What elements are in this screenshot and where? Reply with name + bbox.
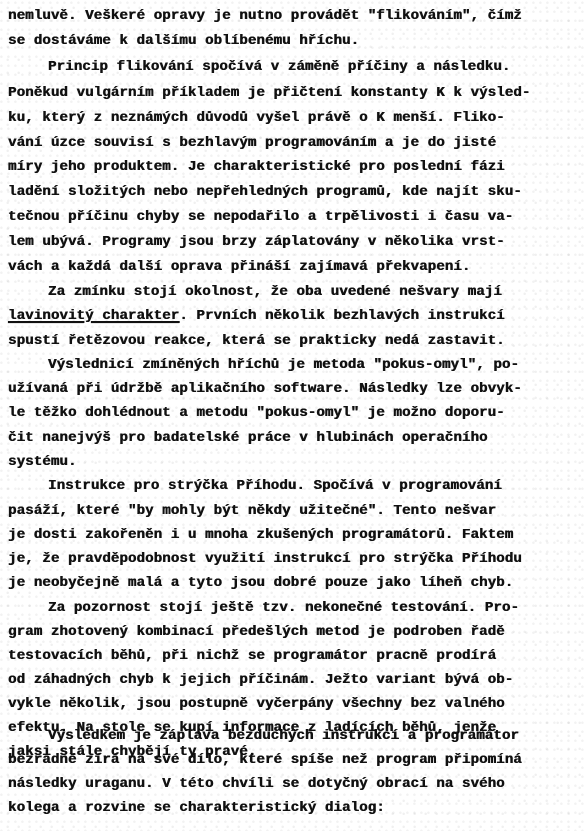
text-line: ku, který z neznámých důvodů vyšel právě… xyxy=(8,108,505,128)
text-line: Výsledkem je záplava bezduchých instrukc… xyxy=(48,726,519,746)
text-line: se dostáváme k dalšímu oblíbenému hříchu… xyxy=(8,31,359,51)
text-line: Instrukce pro strýčka Příhodu. Spočívá v… xyxy=(48,476,502,496)
underlined-phrase: lavinovitý charakter xyxy=(8,308,179,324)
text-line: lem ubývá. Programy jsou brzy záplatován… xyxy=(8,232,505,252)
text-line: je, že pravděpodobnost využití instrukcí… xyxy=(8,549,522,569)
text-line: Za pozornost stojí ještě tzv. nekonečné … xyxy=(48,598,519,618)
text-line: vách a každá další oprava přináší zajíma… xyxy=(8,257,470,277)
text-line: je dosti zakořeněn i u mnoha zkušených p… xyxy=(8,525,513,545)
text-line: je neobyčejně malá a tyto jsou dobré pou… xyxy=(8,573,513,593)
text-line: míry jeho produktem. Je charakteristické… xyxy=(8,157,505,177)
text-line: následky uraganu. V této chvíli se dotyč… xyxy=(8,774,505,794)
text-line: vání úzce souvisí s bezhlavým programová… xyxy=(8,133,496,153)
text-line: nemluvě. Veškeré opravy je nutno provádě… xyxy=(8,6,522,26)
text-line: tečnou příčinu chyby se nepodařilo a trp… xyxy=(8,207,513,227)
text-line: kolega a rozvine se charakteristický dia… xyxy=(8,798,385,818)
text-line: bezradně zírá na své dílo, které spíše n… xyxy=(8,750,522,770)
scanned-page: nemluvě. Veškeré opravy je nutno provádě… xyxy=(0,0,588,831)
text-line: testovacích běhů, při nichž se programát… xyxy=(8,646,496,666)
text-line: vykle několik, jsou postupně vyčerpány v… xyxy=(8,694,505,714)
text-line: ladění složitých nebo nepřehledných prog… xyxy=(8,182,522,202)
text-line: čit nanejvýš pro badatelské práce v hlub… xyxy=(8,428,488,448)
text-line: lavinovitý charakter. Prvních několik be… xyxy=(8,306,505,326)
text-line: užívaná při údržbě aplikačního software.… xyxy=(8,379,522,399)
text-line: systému. xyxy=(8,452,77,472)
text-line: pasáží, které "by mohly být někdy užiteč… xyxy=(8,501,496,521)
text-line: le těžko dohlédnout a metodu "pokus-omyl… xyxy=(8,403,505,423)
text-line: Za zmínku stojí okolnost, že oba uvedené… xyxy=(48,282,502,302)
text-line: Výslednicí zmíněných hříchů je metoda "p… xyxy=(48,355,519,375)
text-line: Princip flikování spočívá v záměně příči… xyxy=(48,57,510,77)
text-line: Poněkud vulgárním příkladem je přičtení … xyxy=(8,83,530,103)
text-line: od záhadných chyb k jejich příčinám. Jež… xyxy=(8,670,513,690)
text-line: spustí řetězovou reakce, která se prakti… xyxy=(8,331,505,351)
text-line: gram zhotovený kombinací předešlých meto… xyxy=(8,622,505,642)
